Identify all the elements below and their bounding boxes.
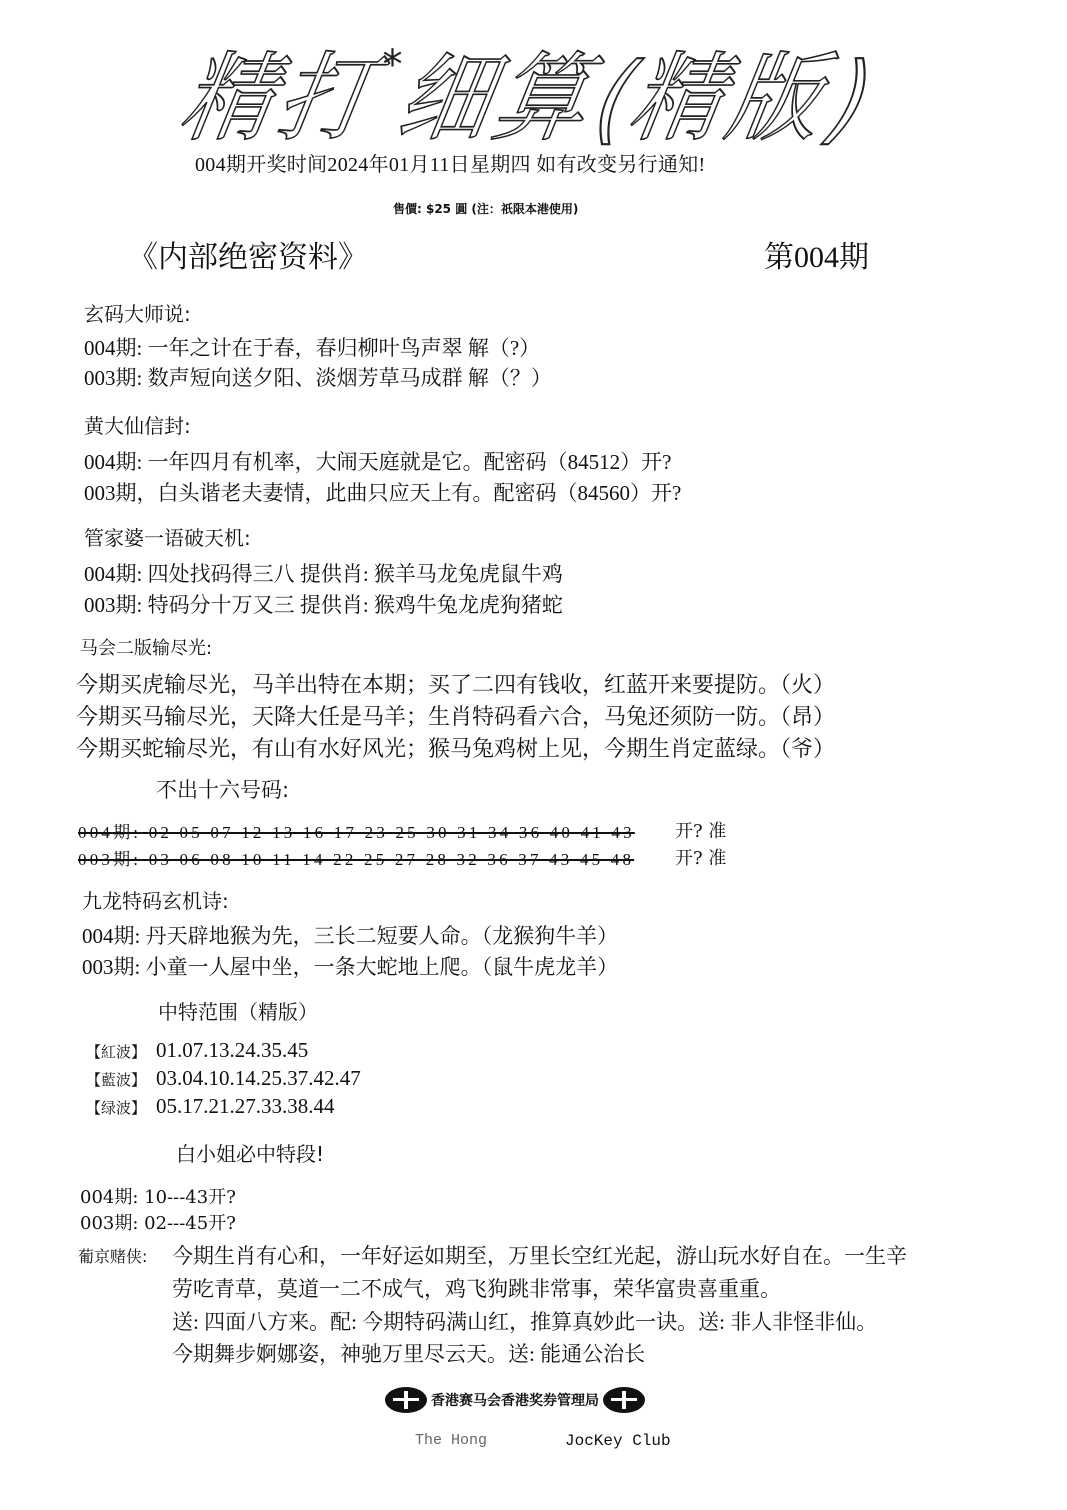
wave-row-red: 【紅波】01.07.13.24.35.45 — [86, 1038, 308, 1063]
jockey-club-emblem-icon — [603, 1387, 645, 1413]
wave-tag: 【紅波】 — [86, 1043, 146, 1061]
pujing-line: 今期舞步婀娜姿，神驰万里尽云天。送: 能通公治长 — [172, 1338, 645, 1368]
document-title: 《内部绝密资料》 — [128, 232, 368, 276]
footer-en-left: The Hong — [415, 1432, 487, 1449]
issue-number: 第004期 — [764, 232, 869, 276]
row-label: 004期: — [78, 823, 141, 842]
section-heading-buchu16: 不出十六号码: — [156, 774, 289, 804]
pujing-line: 送: 四面八方来。配: 今期特码满山红，推算真妙此一诀。送: 非人非怪非仙。 — [172, 1306, 877, 1336]
buchu16-row: 004期: 02 05 07 12 13 16 17 23 25 30 31 3… — [78, 818, 635, 843]
price-line: 售價: $25 圓 (注：祇限本港使用) — [393, 200, 578, 217]
jiulong-line: 003期: 小童一人屋中坐，一条大蛇地上爬。（鼠牛虎龙羊） — [82, 951, 618, 981]
footer-logo-row: 香港赛马会香港奖券管理局 — [385, 1387, 645, 1413]
guanjiapo-line: 004期: 四处找码得三八 提供肖: 猴羊马龙兔虎鼠牛鸡 — [84, 558, 563, 588]
row-result: 开? 准 — [675, 817, 726, 843]
wave-row-blue: 【藍波】03.04.10.14.25.37.42.47 — [86, 1066, 361, 1091]
section-heading-zhongte: 中特范围（精版） — [158, 996, 318, 1025]
pujing-line: 劳吃青草，莫道一二不成气，鸡飞狗跳非常事，荣华富贵喜重重。 — [172, 1273, 781, 1303]
jockey-club-emblem-icon — [385, 1387, 427, 1413]
wave-numbers: 03.04.10.14.25.37.42.47 — [156, 1066, 361, 1090]
pujing-line: 今期生肖有心和，一年好运如期至，万里长空红光起，游山玩水好自在。一生辛 — [172, 1240, 907, 1270]
wave-tag: 【藍波】 — [86, 1071, 146, 1089]
wave-tag: 【绿波】 — [86, 1099, 146, 1117]
pujing-label: 葡京赌侠: — [78, 1244, 147, 1267]
mahui-line: 今期买蛇输尽光，有山有水好风光；猴马兔鸡树上见，今期生肖定蓝绿。（爷） — [76, 732, 835, 763]
section-heading-guanjiapo: 管家婆一语破天机: — [84, 522, 251, 551]
buchu16-row: 003期: 03 06 08 10 11 14 22 25 27 28 32 3… — [78, 845, 634, 870]
wave-row-green: 【绿波】05.17.21.27.33.38.44 — [86, 1094, 335, 1119]
baixiaojie-line: 004期: 10---43开? — [80, 1183, 236, 1209]
section-heading-mahui: 马会二版输尽光: — [80, 634, 212, 660]
wave-numbers: 01.07.13.24.35.45 — [156, 1038, 308, 1062]
section-heading-xuanma: 玄码大师说: — [84, 298, 191, 327]
section-heading-huangdaxian: 黄大仙信封: — [84, 410, 191, 439]
title-artwork: 精 打 * 细 算 ( 精 版 ) — [190, 25, 870, 145]
mahui-line: 今期买虎输尽光，马羊出特在本期；买了二四有钱收，红蓝开来要提防。（火） — [76, 668, 835, 699]
jiulong-line: 004期: 丹天辟地猴为先，三长二短要人命。（龙猴狗牛羊） — [82, 920, 618, 950]
row-label: 003期: — [78, 850, 141, 869]
org-name: 香港赛马会香港奖券管理局 — [431, 1390, 599, 1410]
draw-notice: 004期开奖时间2024年01月11日星期四 如有改变另行通知! — [195, 148, 706, 177]
section-heading-jiulong: 九龙特码玄机诗: — [82, 885, 229, 914]
guanjiapo-line: 003期: 特码分十万又三 提供肖: 猴鸡牛兔龙虎狗猪蛇 — [84, 589, 563, 619]
mahui-line: 今期买马输尽光，天降大任是马羊；生肖特码看六合，马兔还须防一防。（昂） — [76, 700, 835, 731]
xuanma-line: 004期: 一年之计在于春，春归柳叶鸟声翠 解（?） — [84, 332, 540, 362]
row-result: 开? 准 — [675, 844, 726, 870]
section-heading-baixiaojie: 白小姐必中特段! — [176, 1138, 324, 1167]
xuanma-line: 003期: 数声短向送夕阳、淡烟芳草马成群 解（？） — [84, 362, 552, 392]
baixiaojie-line: 003期: 02---45开? — [80, 1209, 236, 1235]
row-numbers: 03 06 08 10 11 14 22 25 27 28 32 36 37 4… — [149, 850, 635, 869]
huangdaxian-line: 004期: 一年四月有机率，大闹天庭就是它。配密码（84512）开? — [84, 446, 671, 476]
footer-en-right: JocKey Club — [565, 1432, 671, 1450]
row-numbers: 02 05 07 12 13 16 17 23 25 30 31 34 36 4… — [149, 823, 635, 842]
huangdaxian-line: 003期，白头谐老夫妻情，此曲只应天上有。配密码（84560）开? — [84, 477, 681, 507]
wave-numbers: 05.17.21.27.33.38.44 — [156, 1094, 335, 1118]
